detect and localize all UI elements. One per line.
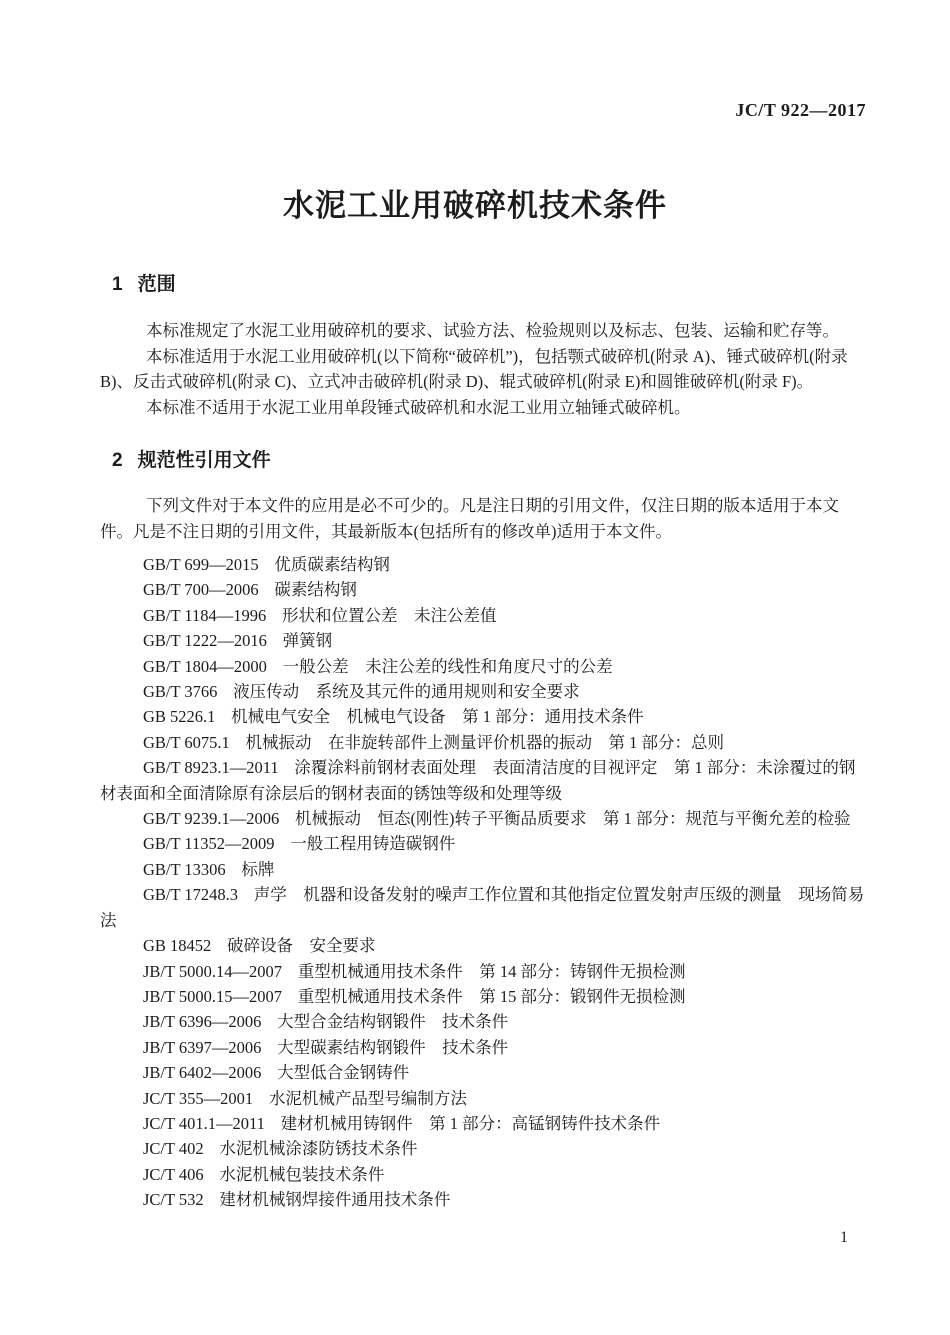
reference-code: GB/T 1804—2000 — [143, 657, 267, 676]
reference-item: GB/T 3766液压传动 系统及其元件的通用规则和安全要求 — [100, 679, 870, 704]
reference-code: JB/T 5000.15—2007 — [143, 987, 282, 1006]
reference-code: GB 18452 — [143, 936, 211, 955]
reference-title: 水泥机械产品型号编制方法 — [269, 1089, 467, 1108]
section-1-heading: 1范围 — [100, 274, 176, 296]
reference-code: GB/T 9239.1—2006 — [143, 809, 279, 828]
reference-item: GB/T 699—2015优质碳素结构钢 — [100, 552, 870, 577]
reference-title: 机械电气安全 机械电气设备 第 1 部分：通用技术条件 — [231, 707, 644, 726]
reference-item: JB/T 6396—2006大型合金结构钢锻件 技术条件 — [100, 1009, 870, 1034]
reference-title: 重型机械通用技术条件 第 15 部分：锻钢件无损检测 — [298, 987, 686, 1006]
reference-item: GB 18452破碎设备 安全要求 — [100, 933, 870, 958]
reference-code: JC/T 402 — [143, 1139, 204, 1158]
reference-code: GB/T 1222—2016 — [143, 631, 267, 650]
scope-paragraph-3: 本标准不适用于水泥工业用单段锤式破碎机和水泥工业用立轴锤式破碎机。 — [100, 395, 870, 421]
reference-title: 标牌 — [241, 860, 274, 879]
document-title: 水泥工业用破碎机技术条件 — [0, 188, 950, 224]
reference-item: GB/T 13306标牌 — [100, 857, 870, 882]
reference-code: JC/T 406 — [143, 1165, 204, 1184]
reference-item: JB/T 6402—2006大型低合金钢铸件 — [100, 1060, 870, 1085]
reference-item: JC/T 406水泥机械包装技术条件 — [100, 1162, 870, 1187]
reference-item: GB/T 11352—2009一般工程用铸造碳钢件 — [100, 831, 870, 856]
reference-item: GB/T 17248.3声学 机器和设备发射的噪声工作位置和其他指定位置发射声压… — [100, 882, 870, 933]
reference-title: 建材机械钢焊接件通用技术条件 — [219, 1190, 450, 1209]
section-1-title: 范围 — [138, 274, 176, 295]
reference-title: 弹簧钢 — [283, 631, 333, 650]
reference-title: 重型机械通用技术条件 第 14 部分：铸钢件无损检测 — [298, 962, 686, 981]
reference-title: 水泥机械包装技术条件 — [219, 1165, 384, 1184]
page-number: 1 — [840, 1229, 848, 1247]
reference-item: JB/T 5000.15—2007重型机械通用技术条件 第 15 部分：锻钢件无… — [100, 984, 870, 1009]
reference-title: 一般工程用铸造碳钢件 — [290, 834, 455, 853]
reference-title: 机械振动 恒态(刚性)转子平衡品质要求 第 1 部分：规范与平衡允差的检验 — [295, 809, 851, 828]
reference-item: JC/T 355—2001水泥机械产品型号编制方法 — [100, 1086, 870, 1111]
reference-title: 大型合金结构钢锻件 技术条件 — [277, 1012, 508, 1031]
reference-code: JC/T 355—2001 — [143, 1089, 253, 1108]
reference-title: 机械振动 在非旋转部件上测量评价机器的振动 第 1 部分：总则 — [245, 733, 724, 752]
reference-item: GB/T 1804—2000一般公差 未注公差的线性和角度尺寸的公差 — [100, 654, 870, 679]
reference-title: 碳素结构钢 — [274, 580, 357, 599]
reference-code: GB/T 1184—1996 — [143, 606, 266, 625]
section-2-heading: 2规范性引用文件 — [100, 450, 271, 472]
reference-code: JC/T 401.1—2011 — [143, 1114, 265, 1133]
reference-title: 大型低合金钢铸件 — [277, 1063, 409, 1082]
reference-code: GB/T 8923.1—2011 — [143, 758, 279, 777]
reference-item: GB/T 700—2006碳素结构钢 — [100, 577, 870, 602]
reference-title: 液压传动 系统及其元件的通用规则和安全要求 — [233, 682, 580, 701]
references-intro: 下列文件对于本文件的应用是必不可少的。凡是注日期的引用文件，仅注日期的版本适用于… — [100, 493, 870, 544]
reference-code: GB/T 17248.3 — [143, 885, 238, 904]
standard-code: JC/T 922—2017 — [100, 100, 866, 121]
reference-item: GB/T 6075.1机械振动 在非旋转部件上测量评价机器的振动 第 1 部分：… — [100, 730, 870, 755]
reference-title: 优质碳素结构钢 — [274, 555, 390, 574]
section-2-title: 规范性引用文件 — [138, 450, 271, 471]
reference-item: GB/T 1184—1996形状和位置公差 未注公差值 — [100, 603, 870, 628]
reference-item: GB/T 9239.1—2006机械振动 恒态(刚性)转子平衡品质要求 第 1 … — [100, 806, 870, 831]
reference-code: GB 5226.1 — [143, 707, 215, 726]
reference-item: GB 5226.1机械电气安全 机械电气设备 第 1 部分：通用技术条件 — [100, 704, 870, 729]
reference-item: JB/T 6397—2006大型碳素结构钢锻件 技术条件 — [100, 1035, 870, 1060]
reference-title: 水泥机械涂漆防锈技术条件 — [219, 1139, 417, 1158]
document-page: JC/T 922—2017 水泥工业用破碎机技术条件 1范围 本标准规定了水泥工… — [0, 0, 950, 1335]
reference-title: 一般公差 未注公差的线性和角度尺寸的公差 — [283, 657, 613, 676]
reference-code: GB/T 699—2015 — [143, 555, 259, 574]
section-1-number: 1 — [112, 274, 123, 296]
reference-code: JB/T 6402—2006 — [143, 1063, 261, 1082]
reference-code: JB/T 5000.14—2007 — [143, 962, 282, 981]
reference-item: JC/T 532建材机械钢焊接件通用技术条件 — [100, 1187, 870, 1212]
reference-code: JB/T 6397—2006 — [143, 1038, 261, 1057]
reference-item: JB/T 5000.14—2007重型机械通用技术条件 第 14 部分：铸钢件无… — [100, 959, 870, 984]
section-2-number: 2 — [112, 450, 123, 472]
reference-code: GB/T 700—2006 — [143, 580, 259, 599]
reference-item: JC/T 402水泥机械涂漆防锈技术条件 — [100, 1136, 870, 1161]
reference-code: JB/T 6396—2006 — [143, 1012, 261, 1031]
reference-title: 大型碳素结构钢锻件 技术条件 — [277, 1038, 508, 1057]
reference-title: 形状和位置公差 未注公差值 — [282, 606, 497, 625]
references-list: GB/T 699—2015优质碳素结构钢 GB/T 700—2006碳素结构钢 … — [100, 552, 870, 1213]
reference-code: GB/T 6075.1 — [143, 733, 230, 752]
reference-code: GB/T 11352—2009 — [143, 834, 275, 853]
reference-title: 破碎设备 安全要求 — [227, 936, 376, 955]
section-1-body: 本标准规定了水泥工业用破碎机的要求、试验方法、检验规则以及标志、包装、运输和贮存… — [100, 318, 870, 420]
reference-title: 建材机械用铸钢件 第 1 部分：高锰钢铸件技术条件 — [281, 1114, 661, 1133]
reference-item: JC/T 401.1—2011建材机械用铸钢件 第 1 部分：高锰钢铸件技术条件 — [100, 1111, 870, 1136]
reference-item: GB/T 8923.1—2011涂覆涂料前钢材表面处理 表面清洁度的目视评定 第… — [100, 755, 870, 806]
scope-paragraph-1: 本标准规定了水泥工业用破碎机的要求、试验方法、检验规则以及标志、包装、运输和贮存… — [100, 318, 870, 344]
reference-code: GB/T 3766 — [143, 682, 217, 701]
reference-item: GB/T 1222—2016弹簧钢 — [100, 628, 870, 653]
scope-paragraph-2: 本标准适用于水泥工业用破碎机(以下简称“破碎机”)，包括颚式破碎机(附录 A)、… — [100, 344, 870, 395]
reference-code: GB/T 13306 — [143, 860, 226, 879]
section-2-body: 下列文件对于本文件的应用是必不可少的。凡是注日期的引用文件，仅注日期的版本适用于… — [100, 493, 870, 1213]
reference-code: JC/T 532 — [143, 1190, 204, 1209]
